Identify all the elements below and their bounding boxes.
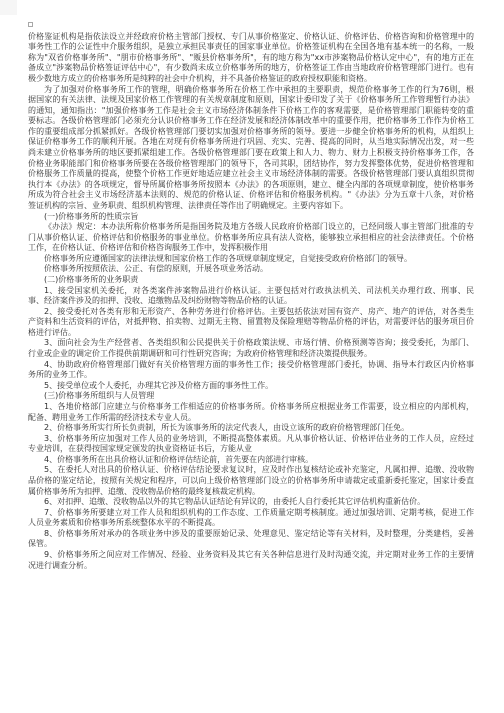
text-line: 5、在委托人对出具的价格认证、价格评估结论要求复议时，应及时作出复核结论或补充鉴… [28,465,474,476]
heading-text: (三)价格事务所组织与人员管理 [28,391,474,402]
text-line: 品价格的鉴定结论，按照有关规定和程序，可以向上级价格管理部门设立的价格事务所申请… [28,476,474,487]
document-body: 价格鉴证机构是指依法设立并经政府价格主管部门授权、专门从事价格鉴定、价格认证、价… [28,32,474,571]
text-line: 据国家的有关法律、法规及国家价格工作管理的有关规章制度和原则，国家计委印发了关于… [28,95,474,106]
text-line: 况进行调查分析。 [28,561,474,572]
paragraph: 7、价格事务所要建立对工作人员和组织机构的工作态度、工作质量定期考核制度。通过加… [28,508,474,529]
text-line: 价格服务工作质量的提高，使整个价格工作更好地适应建立社会主义市场经济体制的需要。… [28,169,474,180]
heading-text: (二)价格事务所的业务职责 [28,275,474,286]
text-line: 2、接受委托对各类有形和无形资产、各种劳务进行价格评估。主要包括依法对国有资产、… [28,307,474,318]
section-heading: (三)价格事务所组织与人员管理 [28,391,474,402]
text-line: 执行本《办法》的各项规定，督导所属价格事务所按照本《办法》的各项原则，建立、健全… [28,180,474,191]
text-line: 事、经济案件涉及的扣押、没收、追缴物品及纠纷财物等物品价格的认证。 [28,296,474,307]
text-line: 配备、聘用业务工作所需的经济技术专业人员。 [28,413,474,424]
paragraph: 4、协助政府价格管理部门做好有关价格管理方面的事务性工作；接受价格管理部门委托，… [28,360,474,381]
section-heading: (二)价格事务所的业务职责 [28,275,474,286]
paragraph: 6、对扣押、追缴、没收物品以外的其它物品认证结论有异议的，由委托人自行委托其它评… [28,497,474,508]
paragraph: 价格鉴证机构是指依法设立并经政府价格主管部门授权、专门从事价格鉴定、价格认证、价… [28,32,474,85]
text-line: 所成为符合社会主义市场经济基本法则的、规范的价格认证、价格评估和价格服务机构。"… [28,190,474,201]
text-line: 4、协助政府价格管理部门做好有关价格管理方面的事务性工作；接受价格管理部门委托，… [28,360,474,371]
paragraph: 价格事务所应遵循国家的法律法规和国家价格工作的各项规章制度规定，自觉接受政府价格… [28,254,474,265]
placeholder-box-icon [28,22,33,27]
text-line: 6、对扣押、追缴、没收物品以外的其它物品认证结论有异议的，由委托人自行委托其它评… [28,497,474,508]
paragraph: 1、各地价格部门应建立与价格事务工作相适应的价格事务所。价格事务所应根据业务工作… [28,402,474,423]
text-line: 4、价格事务所在出具价格认证和价格评估结论前，首先要在内部进行审核。 [28,455,474,466]
text-line: 务所的业务工作。 [28,370,474,381]
paragraph: 2、价格事务所实行所长负责制，所长为该事务所的法定代表人，由设立该所的政府价格管… [28,423,474,434]
text-line: 作的重要组成部分抓紧抓好。各级价格管理部门要切实加强对价格事务所的领导。要进一步… [28,127,474,138]
text-line: 尚未建立价格事务所的地区要抓紧组建工作。各级价格管理部门要在政策上和人力、物力、… [28,148,474,159]
paragraph: 8、价格事务所对承办的各项业务中涉及的重要原始记录、处理意见、鉴定结论等有关材料… [28,529,474,550]
paragraph: 2、接受委托对各类有形和无形资产、各种劳务进行价格评估。主要包括依法对国有资产、… [28,307,474,339]
corner-shade [0,0,17,15]
text-line: 工作，在价格认证、价格评估和价格咨询服务工作中，发挥积极作用 [28,243,474,254]
text-line: 格进行评估。 [28,328,474,339]
paragraph: 价格事务所按照依法、公正、有偿的原则，开展各项业务活动。 [28,264,474,275]
text-line: 属价格事务所为扣押、追缴、没收物品价格的最终复核裁定机构。 [28,487,474,498]
text-line: 价格鉴证机构是指依法设立并经政府价格主管部门授权、专门从事价格鉴定、价格认证、价… [28,32,474,43]
paragraph: 3、面向社会为生产经营者、各类组织和公民提供关于价格政策法规、市场行情、价格预测… [28,338,474,359]
text-line: 2、价格事务所实行所长负责制，所长为该事务所的法定代表人，由设立该所的政府价格管… [28,423,474,434]
text-line: 价格事务所应遵循国家的法律法规和国家价格工作的各项规章制度规定，自觉接受政府价格… [28,254,474,265]
text-line: 价格事务所按照依法、公正、有偿的原则，开展各项业务活动。 [28,264,474,275]
section-heading: (一)价格事务所的性质宗旨 [28,212,474,223]
text-line: 1、各地价格部门应建立与价格事务工作相适应的价格事务所。价格事务所应根据业务工作… [28,402,474,413]
text-line: 保证价格事务工作的顺利开展。各地在对现有价格事务所进行巩固、充实、完善、提高的同… [28,137,474,148]
paragraph: 为了加强对价格事务所工作的管理，明确价格事务所在价格工作中承担的主要职责，规范价… [28,85,474,212]
paragraph: 3、价格事务所应加强对工作人员的业务培训，不断提高整体素质。凡从事价格认证、价格… [28,434,474,455]
text-line: 产资料和生活资料的评估，对抵押物、拍卖物、过期无主物、留置物及保险理赔等物品价格… [28,317,474,328]
paragraph: 5、在委托人对出具的价格认证、价格评估结论要求复议时，应及时作出复核结论或补充鉴… [28,465,474,497]
text-line: 保管。 [28,539,474,550]
text-line: 称为"双省价格事务所"、"朋市价格事务所"、"贩县价格事务所"，有的地方称为"x… [28,53,474,64]
text-line: 门从事价格认证、价格评估和价格服务的事业单位。价格事务所应具有法人资格，能够独立… [28,233,474,244]
text-line: 5、接受单位或个人委托，办理其它涉及价格方面的事务性工作。 [28,381,474,392]
paragraph: 1、接受国家机关委托，对各类案件涉案物品进行价格认证。主要包括对行政执法机关、司… [28,286,474,307]
paragraph: 4、价格事务所在出具价格认证和价格评估结论前，首先要在内部进行审核。 [28,455,474,466]
paragraph: 《办法》规定：本办法所称价格事务所是指国务院及地方各级人民政府价格部门设立的，已… [28,222,474,254]
text-line: 行业或企业的调定价工作提供前期调研和可行性研究咨询；为政府价格管理和经济决策提供… [28,349,474,360]
text-line: 1、接受国家机关委托，对各类案件涉案物品进行价格认证。主要包括对行政执法机关、司… [28,286,474,297]
paragraph: 5、接受单位或个人委托，办理其它涉及价格方面的事务性工作。 [28,381,474,392]
text-line: 极少数地方成立的价格事务所是纯粹的社会中介机构，并不具备价格鉴证的政府授权职能和… [28,74,474,85]
paragraph: 9、价格事务所之间应对工作情况、经验、业务资料及其它有关各种信息进行及时沟通交流… [28,550,474,571]
text-line: 《办法》规定：本办法所称价格事务所是指国务院及地方各级人民政府价格部门设立的，已… [28,222,474,233]
text-line: 价格业务职能部门和价格事务所要在各级价格管理部门的领导下，各司其职，团结协作，努… [28,159,474,170]
text-line: 8、价格事务所对承办的各项业务中涉及的重要原始记录、处理意见、鉴定结论等有关材料… [28,529,474,540]
text-line: 3、价格事务所应加强对工作人员的业务培训，不断提高整体素质。凡从事价格认证、价格… [28,434,474,445]
text-line: 9、价格事务所之间应对工作情况、经验、业务资料及其它有关各种信息进行及时沟通交流… [28,550,474,561]
text-line: 的通知，通知指出："加强价格事务工作是社会主义市场经济体制条件下价格工作的客观需… [28,106,474,117]
text-line: 3、面向社会为生产经营者、各类组织和公民提供关于价格政策法规、市场行情、价格预测… [28,338,474,349]
text-line: 签证机构的宗旨、业务职责、组织机构管理、法律责任等作出了明确规定。主要内容如下。 [28,201,474,212]
text-line: 备成立"涉案物品价格签证评估中心"，有少数尚未成立价格事务所的地方，价格签证工作… [28,63,474,74]
text-line: 专业培训，在获得按国家规定颁发的执业资格证书后，方能从业 [28,444,474,455]
text-line: 人员业务素质和价格事务所系统整体水平的不断提高。 [28,518,474,529]
text-line: 事务性工作的公证性中介服务组织，是独立承担民事责任的国家事业单位。价格签证机构在… [28,42,474,53]
text-line: 7、价格事务所要建立对工作人员和组织机构的工作态度、工作质量定期考核制度。通过加… [28,508,474,519]
text-line: 要标志。各级价格管理部门必须充分认识价格事务工作在经济发展和经济体制改革中的重要… [28,116,474,127]
text-line: 为了加强对价格事务所工作的管理，明确价格事务所在价格工作中承担的主要职责，规范价… [28,85,474,96]
heading-text: (一)价格事务所的性质宗旨 [28,212,474,223]
